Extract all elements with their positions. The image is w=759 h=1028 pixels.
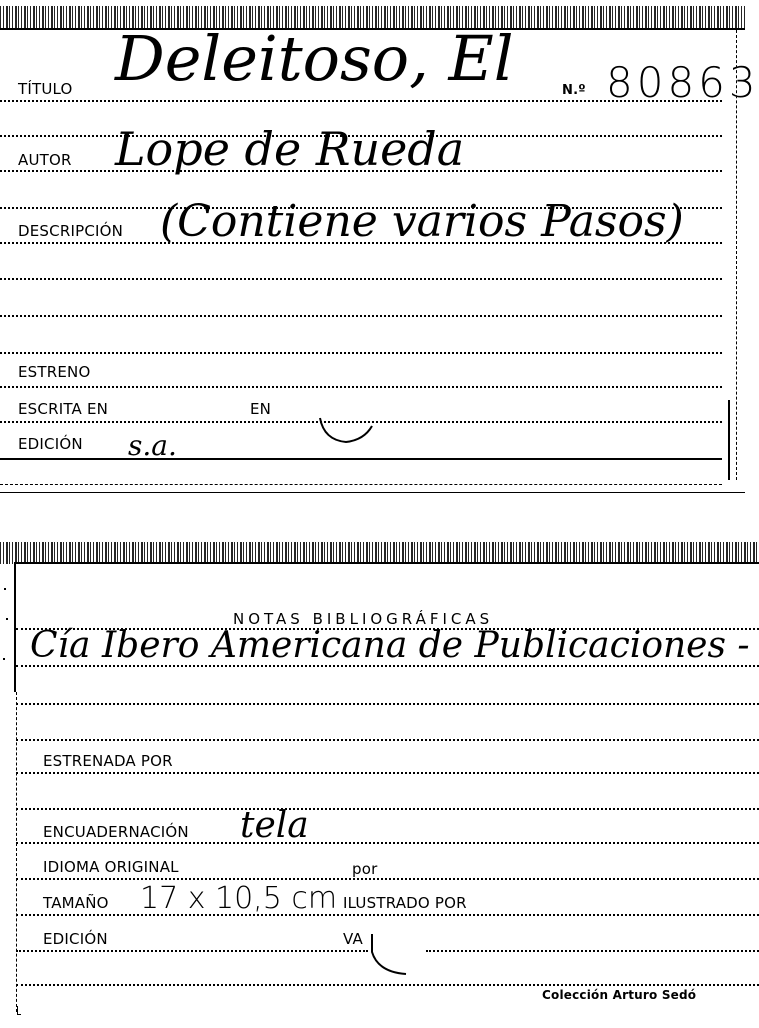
speck: [3, 658, 5, 660]
ink-stroke-mark: [316, 414, 378, 446]
autor-value[interactable]: Lope de Rueda: [115, 126, 464, 172]
tamano-label: TAMAÑO: [43, 896, 109, 911]
titulo-label: TÍTULO: [18, 82, 73, 97]
escrita-en-place-label: EN: [250, 402, 271, 417]
edicion-back-underline: [16, 950, 368, 952]
encuadernacion-underline: [16, 842, 759, 844]
rule: [0, 278, 722, 280]
edicion-back-underline-right: [426, 950, 759, 952]
corner-mark: [17, 1006, 18, 1014]
escrita-en-label: ESCRITA EN: [18, 402, 108, 417]
edicion-label: EDICIÓN: [18, 437, 83, 452]
idioma-por-label: por: [352, 862, 377, 877]
scan-noise-border: [0, 542, 759, 564]
card-left-edge: [14, 562, 16, 692]
va-label: VA: [343, 932, 363, 947]
rule: [16, 984, 759, 986]
titulo-underline: [0, 100, 722, 102]
rule: [16, 808, 759, 810]
card-bottom-edge: [0, 484, 722, 485]
ilustrado-por-label: ILUSTRADO POR: [343, 896, 467, 911]
catalog-card-front: TÍTULO Deleitoso, El N.º 80863 AUTOR Lop…: [0, 0, 759, 500]
card-separator: [0, 492, 745, 493]
card-right-edge-solid: [728, 400, 730, 480]
encuadernacion-label: ENCUADERNACIÓN: [43, 825, 189, 840]
edicion-underline: [0, 458, 722, 460]
descripcion-label: DESCRIPCIÓN: [18, 224, 123, 239]
collection-credit: Colección Arturo Sedó: [542, 989, 696, 1001]
rule: [0, 315, 722, 317]
tamano-value[interactable]: 17 x 10,5 cm: [140, 884, 337, 914]
notas-value[interactable]: Cía Ibero Americana de Publicaciones - M…: [30, 628, 759, 664]
catalog-card-back: NOTAS BIBLIOGRÁFICAS Cía Ibero Americana…: [0, 528, 759, 1028]
tamano-underline: [16, 914, 759, 916]
speck: [6, 618, 8, 620]
titulo-value[interactable]: Deleitoso, El: [115, 28, 514, 90]
rule: [16, 703, 759, 705]
edicion-back-label: EDICIÓN: [43, 932, 108, 947]
speck: [4, 588, 6, 590]
estrenada-por-label: ESTRENADA POR: [43, 754, 173, 769]
descripcion-underline: [0, 242, 722, 244]
idioma-original-label: IDIOMA ORIGINAL: [43, 860, 179, 875]
numero-value[interactable]: 80863: [606, 62, 759, 104]
card-top-edge: [14, 562, 759, 564]
edicion-value[interactable]: s.a.: [128, 432, 177, 460]
autor-label: AUTOR: [18, 153, 72, 168]
rule: [0, 352, 722, 354]
numero-label: N.º: [562, 84, 586, 97]
corner-mark: [17, 1014, 21, 1015]
descripcion-value[interactable]: (Contiene varios Pasos): [160, 200, 684, 244]
estrenada-por-underline: [16, 772, 759, 774]
encuadernacion-value[interactable]: tela: [240, 808, 309, 844]
rule: [16, 739, 759, 741]
estreno-label: ESTRENO: [18, 365, 91, 380]
estreno-underline: [0, 386, 722, 388]
idioma-original-underline: [16, 878, 759, 880]
ink-stroke-mark: [368, 932, 412, 980]
notas-underline: [16, 665, 759, 667]
autor-underline: [0, 170, 722, 172]
